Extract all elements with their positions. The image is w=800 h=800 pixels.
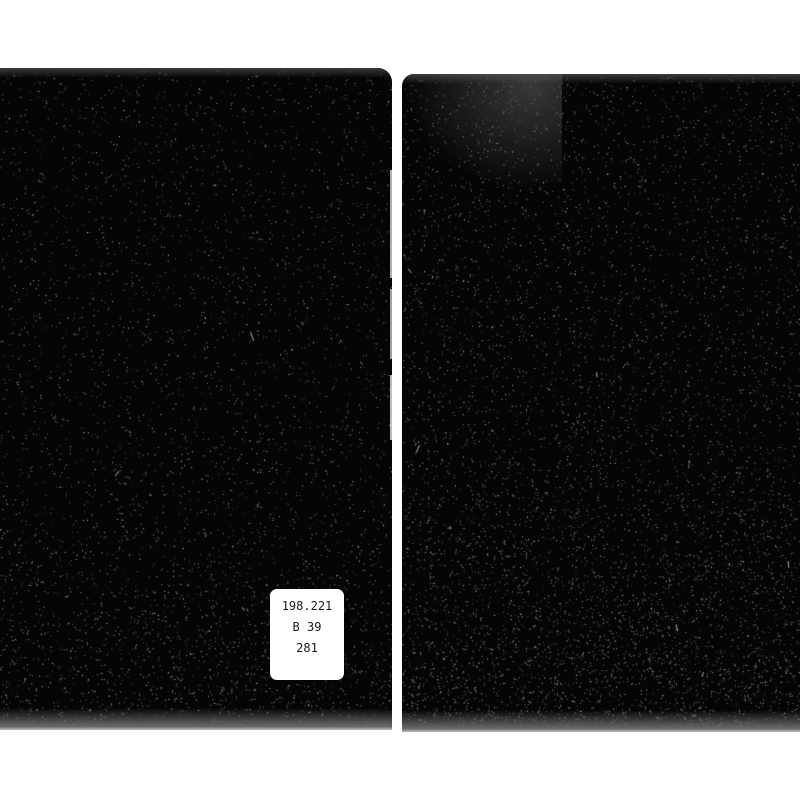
call-number-line: 281 [270,638,344,659]
corner-wear [402,74,562,194]
spine-crease [390,170,392,440]
bottom-edge-wear [0,708,392,730]
call-number-line: 198.221 [270,596,344,617]
call-number-label: 198.221 B 39 281 [270,589,344,680]
front-cover-board [402,74,800,732]
top-edge-wear [402,74,800,84]
top-edge-wear [0,68,392,78]
cover-texture [402,74,800,732]
call-number-line: B 39 [270,617,344,638]
bottom-edge-wear [402,710,800,732]
book-cover-scan: 198.221 B 39 281 [0,0,800,800]
